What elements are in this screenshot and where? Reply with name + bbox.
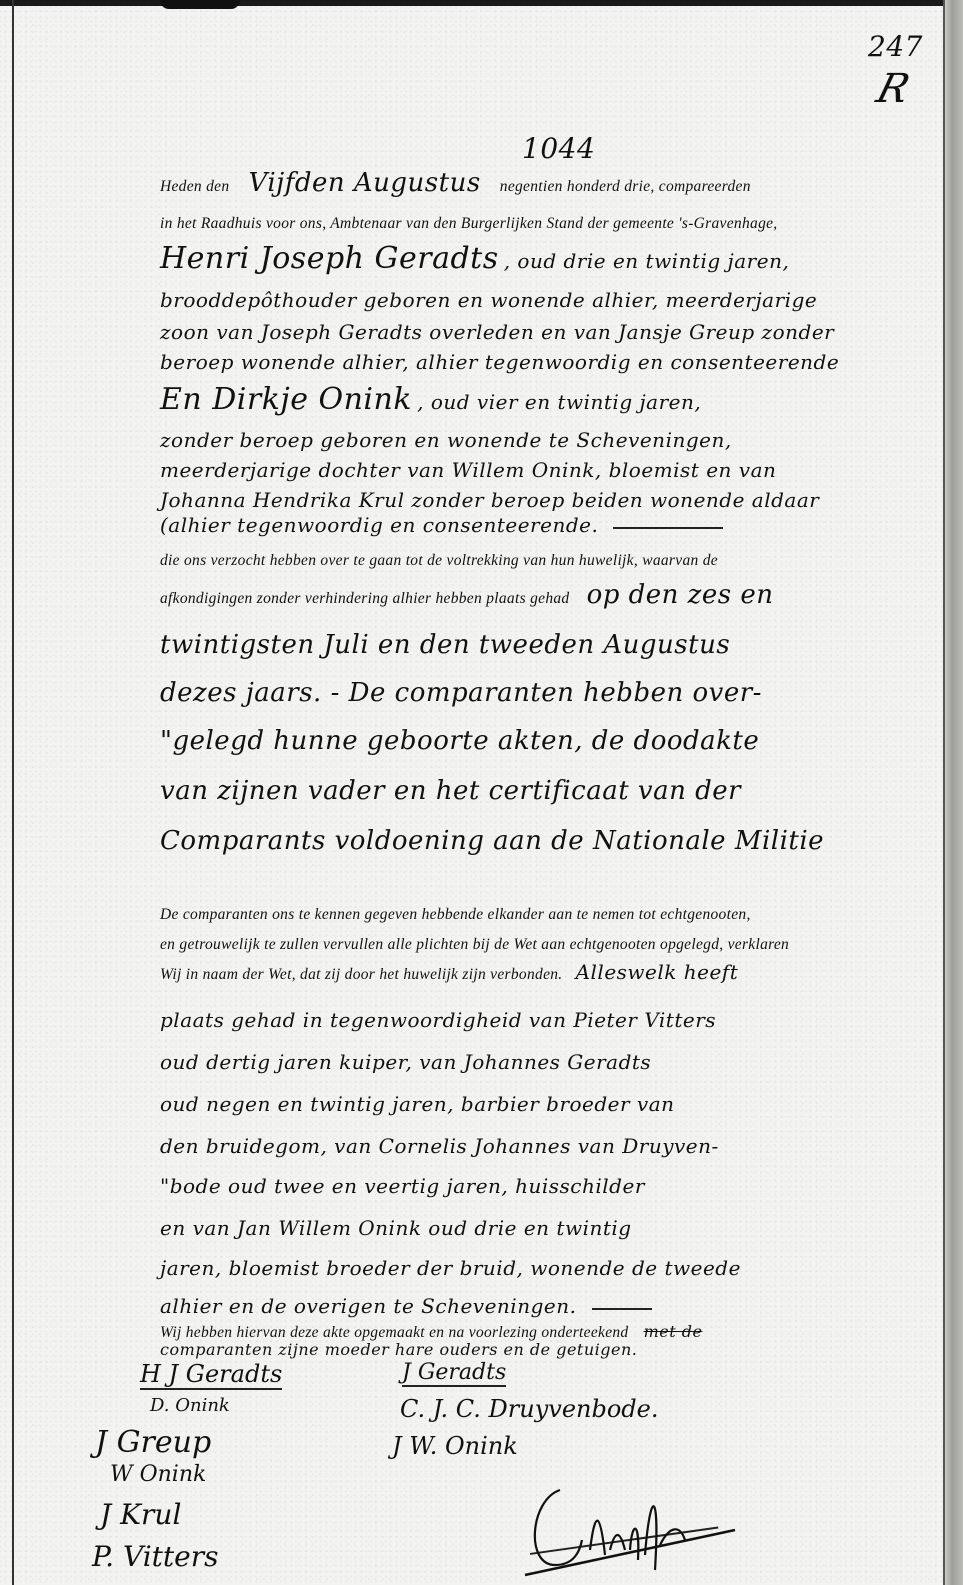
- signature-witness-1: P. Vitters: [92, 1540, 218, 1573]
- witness-line-6: en van Jan Willem Onink oud drie en twin…: [160, 1218, 933, 1238]
- struck-text: met de: [644, 1322, 703, 1341]
- filler-line: [592, 1308, 652, 1310]
- request-line-6: van zijnen vader en het certificaat van …: [160, 776, 933, 806]
- witness-line-1: plaats gehad in tegenwoordigheid van Pie…: [160, 1010, 933, 1030]
- bride-mother: Johanna Hendrika Krul zonder beroep beid…: [160, 490, 933, 510]
- witness-line-2: oud dertig jaren kuiper, van Johannes Ge…: [160, 1052, 933, 1072]
- consent-text: (alhier tegenwoordig en consenteerende.: [160, 513, 598, 537]
- witness-line-4: den bruidegom, van Cornelis Johannes van…: [160, 1136, 933, 1156]
- groom-line: Henri Joseph Geradts , oud drie en twint…: [160, 244, 933, 274]
- handwritten-text: alhier en de overigen te Scheveningen.: [160, 1294, 576, 1318]
- signature-text: H J Geradts: [140, 1360, 282, 1390]
- binding-edge: [943, 0, 963, 1585]
- signature-groom-mother: J Greup: [95, 1425, 211, 1460]
- request-line-4: dezes jaars. - De comparanten hebben ove…: [160, 678, 933, 708]
- date-handwritten: Vijfden Augustus: [249, 168, 481, 198]
- printed-text: negentien honderd drie, compareerden: [500, 178, 751, 195]
- declaration-line-3: Wij in naam der Wet, dat zij door het hu…: [160, 962, 933, 984]
- groom-residence: beroep wonende alhier, alhier tegenwoord…: [160, 352, 933, 372]
- closing-line: Wij hebben hiervan deze akte opgemaakt e…: [160, 1322, 933, 1342]
- page-top-edge: [0, 0, 963, 6]
- record-number: 1044: [522, 132, 595, 165]
- document-page: 247 R 1044 Heden den Vijfden Augustus ne…: [0, 0, 963, 1585]
- witness-line-7: jaren, bloemist broeder der bruid, wonen…: [160, 1258, 933, 1278]
- opening-line: Heden den Vijfden Augustus negentien hon…: [160, 168, 933, 198]
- closing-hand-line: comparanten zijne moeder hare ouders en …: [160, 1340, 933, 1359]
- printed-text: Heden den: [160, 178, 229, 195]
- official-signature-flourish: [520, 1470, 740, 1580]
- printed-text: afkondigingen zonder verhindering alhier…: [160, 590, 569, 607]
- page-mark: R: [872, 66, 915, 112]
- bride-occupation: zonder beroep geboren en wonende te Sche…: [160, 430, 933, 450]
- filler-line: [613, 527, 723, 529]
- bride-consent: (alhier tegenwoordig en consenteerende.: [160, 515, 933, 536]
- signature-witness-4: J W. Onink: [392, 1432, 518, 1460]
- request-line-1: die ons verzocht hebben over te gaan tot…: [160, 552, 933, 570]
- bride-parents: meerderjarige dochter van Willem Onink, …: [160, 460, 933, 480]
- bride-age: , oud vier en twintig jaren,: [417, 390, 701, 414]
- handwritten-text: op den zes en: [587, 580, 774, 610]
- signature-text: J Geradts: [402, 1360, 506, 1387]
- request-line-2: afkondigingen zonder verhindering alhier…: [160, 580, 933, 610]
- bride-line: En Dirkje Onink , oud vier en twintig ja…: [160, 385, 933, 415]
- municipality-line: in het Raadhuis voor ons, Ambtenaar van …: [160, 215, 933, 233]
- groom-occupation: brooddepôthouder geboren en wonende alhi…: [160, 290, 933, 310]
- left-margin-rule: [12, 0, 14, 1585]
- witness-line-8: alhier en de overigen te Scheveningen.: [160, 1296, 933, 1317]
- signature-witness-3: C. J. C. Druyvenbode.: [400, 1395, 659, 1423]
- signature-bride-father: W Onink: [110, 1462, 206, 1487]
- signature-witness-2: J Geradts: [402, 1360, 506, 1385]
- bride-name: En Dirkje Onink: [160, 382, 412, 417]
- signature-bride: D. Onink: [150, 1395, 230, 1416]
- declaration-line-1: De comparanten ons te kennen gegeven heb…: [160, 906, 933, 924]
- printed-text: Wij in naam der Wet, dat zij door het hu…: [160, 966, 562, 983]
- request-line-5: "gelegd hunne geboorte akten, de doodakt…: [160, 726, 933, 756]
- signature-groom: H J Geradts: [140, 1360, 282, 1388]
- page-number: 247: [868, 30, 923, 63]
- request-line-7: Comparants voldoening aan de Nationale M…: [160, 826, 933, 856]
- witness-line-3: oud negen en twintig jaren, barbier broe…: [160, 1094, 933, 1114]
- declaration-line-2: en getrouwelijk te zullen vervullen alle…: [160, 936, 933, 954]
- printed-text: Wij hebben hiervan deze akte opgemaakt e…: [160, 1324, 628, 1341]
- groom-name: Henri Joseph Geradts: [160, 241, 499, 276]
- handwritten-text: Alleswelk heeft: [576, 960, 739, 984]
- groom-age: , oud drie en twintig jaren,: [504, 249, 790, 273]
- request-line-3: twintigsten Juli en den tweeden Augustus: [160, 630, 933, 660]
- signature-bride-mother: J Krul: [100, 1498, 181, 1531]
- groom-parents: zoon van Joseph Geradts overleden en van…: [160, 322, 933, 342]
- witness-line-5: "bode oud twee en veertig jaren, huissch…: [160, 1176, 933, 1196]
